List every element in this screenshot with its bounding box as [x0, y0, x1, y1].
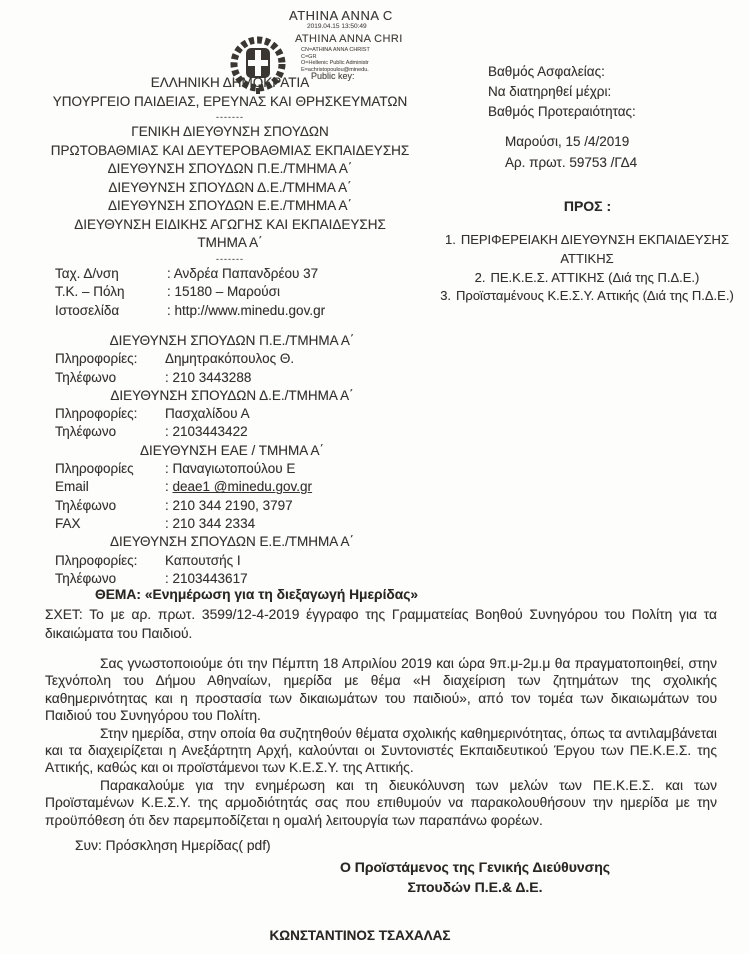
contact-label: Πληροφορίες:	[55, 405, 165, 423]
directorate-line: ΔΙΕΥΘΥΝΣΗ ΕΙΔΙΚΗΣ ΑΓΩΓΗΣ ΚΑΙ ΕΚΠΑΙΔΕΥΣΗΣ	[18, 216, 442, 235]
directorate-line: ΠΡΩΤΟΒΑΘΜΙΑΣ ΚΑΙ ΔΕΥΤΕΡΟΒΑΘΜΙΑΣ ΕΚΠΑΙΔΕΥ…	[18, 142, 442, 161]
address-value: : Ανδρέα Παπανδρέου 37	[167, 266, 318, 281]
recipient-item: 3.Προϊσταμένους Κ.Ε.Σ.Υ. Αττικής (Διά τη…	[438, 287, 736, 306]
contact-label: Email	[55, 478, 165, 496]
date-protocol-block: Μαρούσι, 15 /4/2019 Αρ. πρωτ. 59753 /ΓΔ4	[505, 132, 637, 173]
recipient-item: 1.ΠΕΡΙΦΕΡΕΙΑΚΗ ΔΙΕΥΘΥΝΣΗ ΕΚΠΑΙΔΕΥΣΗΣ ΑΤΤ…	[438, 231, 736, 269]
directorate-line: ΓΕΝΙΚΗ ΔΙΕΥΘΥΝΣΗ ΣΠΟΥΔΩΝ	[18, 123, 442, 142]
phone-number: : 210 3443288	[165, 370, 251, 385]
contact-value: Καπουτσής Ι	[165, 553, 241, 568]
directorate-line: ΤΜΗΜΑ Α΄	[18, 234, 442, 253]
republic-title: ΕΛΛΗΝΙΚΗ ΔΗΜΟΚΡΑΤΙΑ	[18, 74, 442, 93]
body-paragraph: Στην ημερίδα, στην οποία θα συζητηθούν θ…	[45, 725, 717, 777]
phone-number: : 2103443617	[165, 571, 248, 586]
contact-label: Τηλέφωνο	[55, 423, 165, 441]
contact-row: FAX: 210 344 2334	[20, 515, 444, 533]
address-label: Ταχ. Δ/νση	[55, 265, 167, 283]
contact-value: Δημητρακόπουλος Θ.	[165, 351, 294, 366]
subject-line: ΘΕΜΑ: «Ενημέρωση για τη διεξαγωγή Ημερίδ…	[95, 587, 715, 602]
contact-row: Τηλέφωνο: 2103443617	[20, 570, 444, 588]
phone-number: : 2103443422	[165, 424, 248, 439]
protocol-number: Αρ. πρωτ. 59753 /ΓΔ4	[505, 153, 637, 174]
signoff-title-line2: Σπουδών Π.Ε.& Δ.Ε.	[320, 877, 630, 897]
section-title: ΔΙΕΥΘΥΝΣΗ ΣΠΟΥΔΩΝ Ε.Ε./ΤΜΗΜΑ Α΄	[20, 533, 444, 551]
ministry-title: ΥΠΟΥΡΓΕΙΟ ΠΑΙΔΕΙΑΣ, ΕΡΕΥΝΑΣ ΚΑΙ ΘΡΗΣΚΕΥΜ…	[18, 93, 442, 112]
directorate-line: ΔΙΕΥΘΥΝΣΗ ΣΠΟΥΔΩΝ Π.Ε./ΤΜΗΜΑ Α΄	[18, 160, 442, 179]
contact-row: Πληροφορίες: Παναγιωτοπούλου Ε	[20, 460, 444, 478]
subject-text: «Ενημέρωση για τη διεξαγωγή Ημερίδας»	[145, 587, 418, 602]
contact-row: Τηλέφωνο: 2103443422	[20, 423, 444, 441]
security-line: Να διατηρηθεί μέχρι:	[488, 82, 636, 102]
address-label: Ιστοσελίδα	[55, 302, 167, 320]
place-date: Μαρούσι, 15 /4/2019	[505, 132, 637, 153]
address-row: Τ.Κ. – Πόλη: 15180 – Μαρούσι	[55, 283, 325, 301]
address-row: Ταχ. Δ/νση: Ανδρέα Παπανδρέου 37	[55, 265, 325, 283]
letterhead: ΕΛΛΗΝΙΚΗ ΔΗΜΟΚΡΑΤΙΑ ΥΠΟΥΡΓΕΙΟ ΠΑΙΔΕΙΑΣ, …	[18, 74, 442, 265]
security-line: Βαθμός Ασφαλείας:	[488, 62, 636, 82]
body-paragraph: Σας γνωστοποιούμε ότι την Πέμπτη 18 Απρι…	[45, 655, 717, 725]
address-block: Ταχ. Δ/νση: Ανδρέα Παπανδρέου 37 Τ.Κ. – …	[55, 265, 325, 320]
divider: -------	[18, 111, 442, 123]
directorate-line: ΔΙΕΥΘΥΝΣΗ ΣΠΟΥΔΩΝ Δ.Ε./ΤΜΗΜΑ Α΄	[18, 179, 442, 198]
contact-value: Πασχαλίδου Α	[165, 406, 250, 421]
security-line: Βαθμός Προτεραιότητας:	[488, 102, 636, 122]
scanned-document-page: ATHINA ANNA C 2019.04.15 13:50:49 ATHINA…	[0, 0, 750, 954]
contact-row: Πληροφορίες:Καπουτσής Ι	[20, 552, 444, 570]
phone-number: : 210 344 2190, 3797	[165, 498, 293, 513]
email-address: deae1 @minedu.gov.gr	[173, 479, 313, 494]
contact-sections: ΔΙΕΥΘΥΝΣΗ ΣΠΟΥΔΩΝ Π.Ε./ΤΜΗΜΑ Α΄ Πληροφορ…	[20, 332, 444, 588]
contact-row: Τηλέφωνο: 210 344 2190, 3797	[20, 497, 444, 515]
directorate-line: ΔΙΕΥΘΥΝΣΗ ΣΠΟΥΔΩΝ Ε.Ε./ΤΜΗΜΑ Α΄	[18, 197, 442, 216]
contact-label: Πληροφορίες:	[55, 552, 165, 570]
recipient-text: ΠΕΡΙΦΕΡΕΙΑΚΗ ΔΙΕΥΘΥΝΣΗ ΕΚΠΑΙΔΕΥΣΗΣ ΑΤΤΙΚ…	[461, 232, 729, 266]
contact-row: Τηλέφωνο: 210 3443288	[20, 369, 444, 387]
recipients-heading: ΠΡΟΣ :	[440, 198, 735, 214]
security-classification-block: Βαθμός Ασφαλείας: Να διατηρηθεί μέχρι: Β…	[488, 62, 636, 122]
contact-separator: :	[165, 479, 173, 494]
contact-row: Πληροφορίες:Πασχαλίδου Α	[20, 405, 444, 423]
digital-signature-stamp: ATHINA ANNA C 2019.04.15 13:50:49 ATHINA…	[289, 8, 474, 73]
divider: -------	[18, 253, 442, 265]
contact-label: Τηλέφωνο	[55, 369, 165, 387]
signer-name-short: ATHINA ANNA C	[289, 8, 474, 23]
certificate-details: CN=ATHINA ANNA CHRIST C=GR O=Hellenic Pu…	[301, 47, 474, 73]
signer-full-name: ΚΩΝΣΤΑΝΤΙΝΟΣ ΤΣΑΧΑΛΑΣ	[205, 928, 515, 943]
contact-label: Τηλέφωνο	[55, 570, 165, 588]
contact-row: Πληροφορίες:Δημητρακόπουλος Θ.	[20, 350, 444, 368]
subject-label: ΘΕΜΑ:	[95, 587, 141, 602]
contact-label: Τηλέφωνο	[55, 497, 165, 515]
signer-name-long: ATHINA ANNA CHRI	[295, 33, 474, 45]
recipient-text: Προϊσταμένους Κ.Ε.Σ.Υ. Αττικής (Διά της …	[456, 288, 734, 303]
address-value: : 15180 – Μαρούσι	[167, 284, 280, 299]
address-row: Ιστοσελίδα: http://www.minedu.gov.gr	[55, 302, 325, 320]
signoff-block: Ο Προϊστάμενος της Γενικής Διεύθυνσης Σπ…	[320, 857, 630, 897]
contact-label: Πληροφορίες:	[55, 350, 165, 368]
contact-row: Email: deae1 @minedu.gov.gr	[20, 478, 444, 496]
signature-timestamp: 2019.04.15 13:50:49	[307, 23, 474, 30]
section-title: ΔΙΕΥΘΥΝΣΗ ΕΑΕ / ΤΜΗΜΑ Α΄	[20, 442, 444, 460]
body-paragraph: Παρακαλούμε για την ενημέρωση και τη διε…	[45, 777, 717, 829]
section-title: ΔΙΕΥΘΥΝΣΗ ΣΠΟΥΔΩΝ Δ.Ε./ΤΜΗΜΑ Α΄	[20, 387, 444, 405]
reference-label: ΣΧΕΤ:	[45, 607, 83, 622]
website-url: : http://www.minedu.gov.gr	[167, 303, 325, 318]
signoff-title-line1: Ο Προϊστάμενος της Γενικής Διεύθυνσης	[320, 857, 630, 877]
contact-label: FAX	[55, 515, 165, 533]
recipient-text: ΠΕ.Κ.Ε.Σ. ΑΤΤΙΚΗΣ (Διά της Π.Δ.Ε.)	[490, 270, 699, 285]
address-label: Τ.Κ. – Πόλη	[55, 283, 167, 301]
contact-label: Πληροφορίες	[55, 460, 165, 478]
recipient-number: 1.	[445, 232, 456, 247]
fax-number: : 210 344 2334	[165, 516, 255, 531]
recipient-number: 2.	[475, 270, 486, 285]
reference-text: Το με αρ. πρωτ. 3599/12-4-2019 έγγραφο τ…	[45, 607, 717, 641]
recipient-number: 3.	[440, 288, 451, 303]
contact-value: : Παναγιωτοπούλου Ε	[165, 461, 295, 476]
section-title: ΔΙΕΥΘΥΝΣΗ ΣΠΟΥΔΩΝ Π.Ε./ΤΜΗΜΑ Α΄	[20, 332, 444, 350]
recipient-item: 2.ΠΕ.Κ.Ε.Σ. ΑΤΤΙΚΗΣ (Διά της Π.Δ.Ε.)	[438, 269, 736, 288]
recipients-list: 1.ΠΕΡΙΦΕΡΕΙΑΚΗ ΔΙΕΥΘΥΝΣΗ ΕΚΠΑΙΔΕΥΣΗΣ ΑΤΤ…	[438, 231, 736, 306]
attachment-line: Συν: Πρόσκληση Ημερίδας( pdf)	[75, 838, 271, 853]
letter-body: Σας γνωστοποιούμε ότι την Πέμπτη 18 Απρι…	[45, 655, 717, 829]
reference-line: ΣΧΕΤ: Το με αρ. πρωτ. 3599/12-4-2019 έγγ…	[45, 606, 717, 644]
